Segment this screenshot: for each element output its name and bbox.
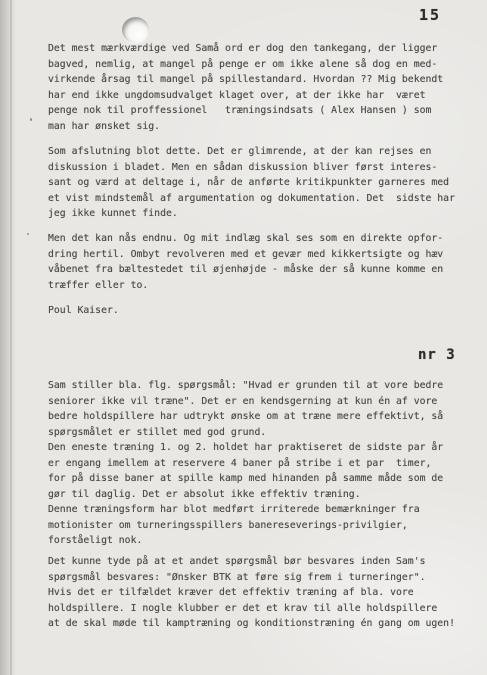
paper-speck — [30, 118, 32, 121]
page-left-edge-line — [10, 0, 12, 675]
paragraph-traening: Sam stiller bla. flg. spørgsmål: "Hvad e… — [48, 378, 468, 549]
page-number: 15 — [419, 6, 441, 24]
paragraph-afslutning: Som afslutning blot dette. Det er glimre… — [48, 144, 468, 222]
punch-hole — [122, 17, 149, 43]
section-heading-nr-3: nr 3 — [418, 347, 456, 363]
paragraph-tankegang: Det mest mærkværdige ved Samå ord er dog… — [48, 41, 468, 134]
paragraph-opfordring: Men det kan nås endnu. Og mit indlæg ska… — [48, 231, 468, 293]
page-left-edge-shadow — [0, 0, 16, 675]
paragraph-btk-turneringer: Det kunne tyde på at et andet spørgsmål … — [48, 554, 468, 632]
scanned-document-page: 15 Det mest mærkværdige ved Samå ord er … — [0, 0, 487, 675]
paper-speck — [27, 233, 29, 235]
signature-poul-kaiser: Poul Kaiser. — [48, 303, 468, 319]
